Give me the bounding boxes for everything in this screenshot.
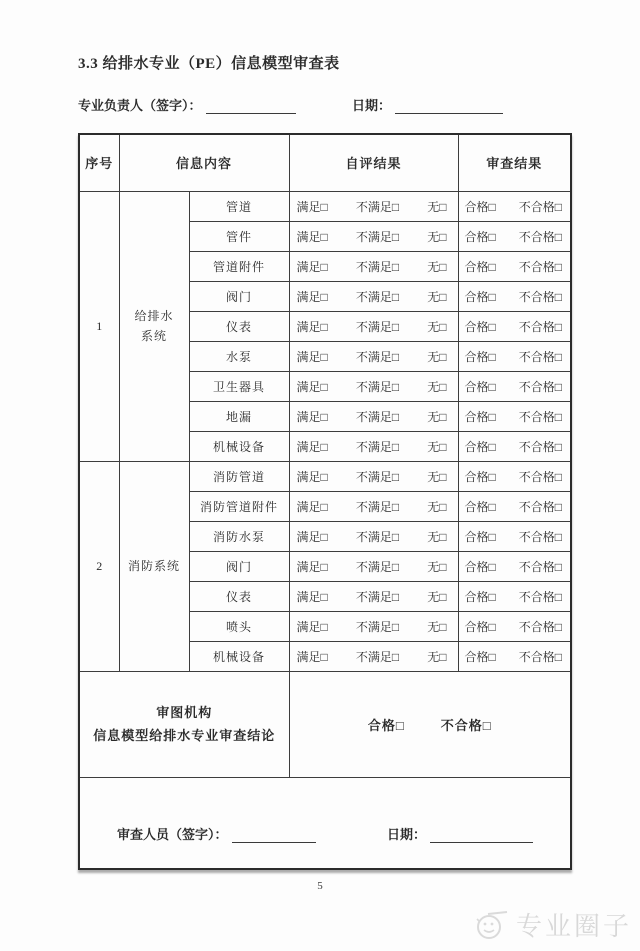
checkbox-option: 不合格□ bbox=[519, 378, 562, 395]
conclusion-label-line1: 审图机构 bbox=[80, 701, 289, 724]
checkbox-option: 无□ bbox=[427, 558, 446, 575]
checkbox-option: 无□ bbox=[427, 618, 446, 635]
conclusion-fail-checkbox: 不合格□ bbox=[441, 715, 492, 734]
self-eval-options: 满足□不满足□无□ bbox=[290, 288, 458, 305]
group-index-cell: 1 bbox=[79, 191, 119, 461]
self-eval-options: 满足□不满足□无□ bbox=[290, 318, 458, 335]
conclusion-label-line2: 信息模型给排水专业审查结论 bbox=[80, 724, 289, 747]
checkbox-option: 满足□ bbox=[297, 408, 328, 425]
review-result-cell: 合格□不合格□ bbox=[458, 221, 571, 251]
checkbox-option: 合格□ bbox=[465, 648, 496, 665]
checkbox-option: 满足□ bbox=[297, 618, 328, 635]
watermark-logo-icon bbox=[474, 907, 508, 943]
checkbox-option: 不满足□ bbox=[356, 648, 399, 665]
review-result-cell: 合格□不合格□ bbox=[458, 371, 571, 401]
checkbox-option: 合格□ bbox=[465, 378, 496, 395]
item-name-cell: 仪表 bbox=[189, 311, 289, 341]
checkbox-option: 满足□ bbox=[297, 438, 328, 455]
reviewer-signature-label: 审查人员（签字）： bbox=[117, 824, 228, 843]
checkbox-option: 不满足□ bbox=[356, 498, 399, 515]
checkbox-option: 不满足□ bbox=[356, 288, 399, 305]
item-name-cell: 管件 bbox=[189, 221, 289, 251]
review-result-cell: 合格□不合格□ bbox=[458, 251, 571, 281]
self-eval-cell: 满足□不满足□无□ bbox=[289, 311, 458, 341]
self-eval-cell: 满足□不满足□无□ bbox=[289, 551, 458, 581]
self-eval-options: 满足□不满足□无□ bbox=[290, 258, 458, 275]
self-eval-options: 满足□不满足□无□ bbox=[290, 348, 458, 365]
review-result-options: 合格□不合格□ bbox=[459, 408, 571, 425]
checkbox-option: 不合格□ bbox=[519, 198, 562, 215]
self-eval-cell: 满足□不满足□无□ bbox=[289, 491, 458, 521]
checkbox-option: 合格□ bbox=[465, 438, 496, 455]
checkbox-option: 不合格□ bbox=[519, 468, 562, 485]
checkbox-option: 不满足□ bbox=[356, 408, 399, 425]
checkbox-option: 不满足□ bbox=[356, 588, 399, 605]
professional-signature-label: 专业负责人（签字）： bbox=[78, 95, 202, 114]
self-eval-cell: 满足□不满足□无□ bbox=[289, 281, 458, 311]
checkbox-option: 无□ bbox=[427, 468, 446, 485]
review-result-cell: 合格□不合格□ bbox=[458, 611, 571, 641]
header-cell-review: 审查结果 bbox=[458, 134, 571, 191]
checkbox-option: 不合格□ bbox=[519, 258, 562, 275]
checkbox-option: 不满足□ bbox=[356, 348, 399, 365]
conclusion-pass-checkbox: 合格□ bbox=[368, 715, 405, 734]
reviewer-signature-cell: 审查人员（签字）： 日期： bbox=[79, 777, 571, 869]
self-eval-cell: 满足□不满足□无□ bbox=[289, 221, 458, 251]
checkbox-option: 不合格□ bbox=[519, 528, 562, 545]
checkbox-option: 无□ bbox=[427, 318, 446, 335]
review-result-cell: 合格□不合格□ bbox=[458, 461, 571, 491]
checkbox-option: 无□ bbox=[427, 348, 446, 365]
checkbox-option: 无□ bbox=[427, 498, 446, 515]
checkbox-option: 不满足□ bbox=[356, 528, 399, 545]
checkbox-option: 不合格□ bbox=[519, 558, 562, 575]
self-eval-cell: 满足□不满足□无□ bbox=[289, 431, 458, 461]
checkbox-option: 不满足□ bbox=[356, 438, 399, 455]
checkbox-option: 无□ bbox=[427, 528, 446, 545]
date-label-bottom: 日期： bbox=[387, 824, 426, 843]
conclusion-label: 审图机构 信息模型给排水专业审查结论 bbox=[79, 671, 289, 777]
checkbox-option: 无□ bbox=[427, 648, 446, 665]
date-label-top: 日期： bbox=[352, 95, 391, 114]
review-result-cell: 合格□不合格□ bbox=[458, 341, 571, 371]
checkbox-option: 无□ bbox=[427, 228, 446, 245]
checkbox-option: 满足□ bbox=[297, 348, 328, 365]
page-title: 3.3 给排水专业（PE）信息模型审查表 bbox=[78, 52, 340, 73]
review-result-options: 合格□不合格□ bbox=[459, 618, 571, 635]
review-result-options: 合格□不合格□ bbox=[459, 228, 571, 245]
checkbox-option: 满足□ bbox=[297, 498, 328, 515]
watermark: 专业圈子 bbox=[474, 906, 632, 943]
checkbox-option: 合格□ bbox=[465, 588, 496, 605]
item-name-cell: 机械设备 bbox=[189, 431, 289, 461]
top-signature-row: 专业负责人（签字）： 日期： bbox=[78, 95, 503, 114]
checkbox-option: 合格□ bbox=[465, 468, 496, 485]
item-name-cell: 卫生器具 bbox=[189, 371, 289, 401]
checkbox-option: 满足□ bbox=[297, 258, 328, 275]
header-cell-index: 序号 bbox=[79, 134, 119, 191]
item-name-cell: 管道 bbox=[189, 191, 289, 221]
review-result-options: 合格□不合格□ bbox=[459, 528, 571, 545]
professional-signature-line bbox=[206, 99, 296, 114]
self-eval-cell: 满足□不满足□无□ bbox=[289, 341, 458, 371]
checkbox-option: 合格□ bbox=[465, 288, 496, 305]
self-eval-options: 满足□不满足□无□ bbox=[290, 498, 458, 515]
checkbox-option: 不满足□ bbox=[356, 468, 399, 485]
checkbox-option: 合格□ bbox=[465, 228, 496, 245]
self-eval-options: 满足□不满足□无□ bbox=[290, 378, 458, 395]
checkbox-option: 不合格□ bbox=[519, 438, 562, 455]
self-eval-options: 满足□不满足□无□ bbox=[290, 648, 458, 665]
checkbox-option: 满足□ bbox=[297, 648, 328, 665]
checkbox-option: 不满足□ bbox=[356, 618, 399, 635]
checkbox-option: 不合格□ bbox=[519, 498, 562, 515]
item-name-cell: 消防管道 bbox=[189, 461, 289, 491]
review-result-options: 合格□不合格□ bbox=[459, 588, 571, 605]
review-result-options: 合格□不合格□ bbox=[459, 468, 571, 485]
checkbox-option: 不满足□ bbox=[356, 378, 399, 395]
date-line-bottom bbox=[430, 828, 533, 843]
checkbox-option: 满足□ bbox=[297, 228, 328, 245]
checkbox-option: 不满足□ bbox=[356, 258, 399, 275]
self-eval-cell: 满足□不满足□无□ bbox=[289, 611, 458, 641]
checkbox-option: 不合格□ bbox=[519, 228, 562, 245]
self-eval-options: 满足□不满足□无□ bbox=[290, 528, 458, 545]
review-result-options: 合格□不合格□ bbox=[459, 498, 571, 515]
checkbox-option: 不合格□ bbox=[519, 318, 562, 335]
review-result-cell: 合格□不合格□ bbox=[458, 401, 571, 431]
self-eval-options: 满足□不满足□无□ bbox=[290, 618, 458, 635]
review-result-options: 合格□不合格□ bbox=[459, 258, 571, 275]
review-result-cell: 合格□不合格□ bbox=[458, 641, 571, 671]
checkbox-option: 合格□ bbox=[465, 408, 496, 425]
group-index-cell: 2 bbox=[79, 461, 119, 671]
review-result-options: 合格□不合格□ bbox=[459, 318, 571, 335]
review-table: 序号 信息内容 自评结果 审查结果 1给排水 系统管道满足□不满足□无□合格□不… bbox=[78, 133, 572, 870]
self-eval-options: 满足□不满足□无□ bbox=[290, 408, 458, 425]
checkbox-option: 满足□ bbox=[297, 468, 328, 485]
self-eval-options: 满足□不满足□无□ bbox=[290, 558, 458, 575]
checkbox-option: 无□ bbox=[427, 198, 446, 215]
conclusion-options-cell: 合格□ 不合格□ bbox=[289, 671, 571, 777]
self-eval-options: 满足□不满足□无□ bbox=[290, 228, 458, 245]
review-result-cell: 合格□不合格□ bbox=[458, 311, 571, 341]
item-name-cell: 消防水泵 bbox=[189, 521, 289, 551]
checkbox-option: 合格□ bbox=[465, 498, 496, 515]
review-result-options: 合格□不合格□ bbox=[459, 378, 571, 395]
self-eval-cell: 满足□不满足□无□ bbox=[289, 581, 458, 611]
checkbox-option: 不合格□ bbox=[519, 408, 562, 425]
self-eval-options: 满足□不满足□无□ bbox=[290, 468, 458, 485]
checkbox-option: 不满足□ bbox=[356, 318, 399, 335]
checkbox-option: 合格□ bbox=[465, 618, 496, 635]
self-eval-cell: 满足□不满足□无□ bbox=[289, 641, 458, 671]
checkbox-option: 不满足□ bbox=[356, 228, 399, 245]
self-eval-options: 满足□不满足□无□ bbox=[290, 198, 458, 215]
checkbox-option: 无□ bbox=[427, 438, 446, 455]
review-result-cell: 合格□不合格□ bbox=[458, 521, 571, 551]
checkbox-option: 满足□ bbox=[297, 558, 328, 575]
reviewer-signature-line bbox=[232, 828, 316, 843]
checkbox-option: 不合格□ bbox=[519, 588, 562, 605]
item-name-cell: 水泵 bbox=[189, 341, 289, 371]
checkbox-option: 不合格□ bbox=[519, 648, 562, 665]
page-number: 5 bbox=[0, 880, 640, 892]
checkbox-option: 不合格□ bbox=[519, 288, 562, 305]
review-result-options: 合格□不合格□ bbox=[459, 288, 571, 305]
self-eval-cell: 满足□不满足□无□ bbox=[289, 521, 458, 551]
item-name-cell: 阀门 bbox=[189, 551, 289, 581]
review-result-options: 合格□不合格□ bbox=[459, 558, 571, 575]
checkbox-option: 无□ bbox=[427, 258, 446, 275]
checkbox-option: 无□ bbox=[427, 378, 446, 395]
review-result-cell: 合格□不合格□ bbox=[458, 281, 571, 311]
checkbox-option: 合格□ bbox=[465, 258, 496, 275]
review-result-cell: 合格□不合格□ bbox=[458, 551, 571, 581]
table-header-row: 序号 信息内容 自评结果 审查结果 bbox=[79, 134, 571, 191]
checkbox-option: 满足□ bbox=[297, 378, 328, 395]
item-name-cell: 管道附件 bbox=[189, 251, 289, 281]
self-eval-cell: 满足□不满足□无□ bbox=[289, 371, 458, 401]
checkbox-option: 满足□ bbox=[297, 288, 328, 305]
reviewer-signature-row: 审查人员（签字）： 日期： bbox=[79, 777, 571, 869]
group-name-cell: 给排水 系统 bbox=[119, 191, 189, 461]
checkbox-option: 合格□ bbox=[465, 528, 496, 545]
review-result-options: 合格□不合格□ bbox=[459, 438, 571, 455]
item-name-cell: 仪表 bbox=[189, 581, 289, 611]
item-name-cell: 喷头 bbox=[189, 611, 289, 641]
checkbox-option: 不合格□ bbox=[519, 348, 562, 365]
table-row: 1给排水 系统管道满足□不满足□无□合格□不合格□ bbox=[79, 191, 571, 221]
checkbox-option: 不合格□ bbox=[519, 618, 562, 635]
item-name-cell: 阀门 bbox=[189, 281, 289, 311]
group-name-cell: 消防系统 bbox=[119, 461, 189, 671]
review-result-cell: 合格□不合格□ bbox=[458, 491, 571, 521]
self-eval-cell: 满足□不满足□无□ bbox=[289, 461, 458, 491]
checkbox-option: 无□ bbox=[427, 588, 446, 605]
checkbox-option: 无□ bbox=[427, 408, 446, 425]
conclusion-row: 审图机构 信息模型给排水专业审查结论 合格□ 不合格□ bbox=[79, 671, 571, 777]
self-eval-options: 满足□不满足□无□ bbox=[290, 588, 458, 605]
checkbox-option: 满足□ bbox=[297, 318, 328, 335]
table-row: 2消防系统消防管道满足□不满足□无□合格□不合格□ bbox=[79, 461, 571, 491]
checkbox-option: 不满足□ bbox=[356, 198, 399, 215]
review-result-options: 合格□不合格□ bbox=[459, 648, 571, 665]
checkbox-option: 无□ bbox=[427, 288, 446, 305]
watermark-text: 专业圈子 bbox=[516, 906, 632, 943]
checkbox-option: 合格□ bbox=[465, 198, 496, 215]
checkbox-option: 合格□ bbox=[465, 348, 496, 365]
header-cell-self-eval: 自评结果 bbox=[289, 134, 458, 191]
header-cell-content: 信息内容 bbox=[119, 134, 289, 191]
checkbox-option: 合格□ bbox=[465, 558, 496, 575]
review-result-options: 合格□不合格□ bbox=[459, 348, 571, 365]
self-eval-cell: 满足□不满足□无□ bbox=[289, 191, 458, 221]
review-result-options: 合格□不合格□ bbox=[459, 198, 571, 215]
checkbox-option: 合格□ bbox=[465, 318, 496, 335]
item-name-cell: 地漏 bbox=[189, 401, 289, 431]
checkbox-option: 满足□ bbox=[297, 588, 328, 605]
checkbox-option: 不满足□ bbox=[356, 558, 399, 575]
review-result-cell: 合格□不合格□ bbox=[458, 191, 571, 221]
self-eval-cell: 满足□不满足□无□ bbox=[289, 401, 458, 431]
self-eval-cell: 满足□不满足□无□ bbox=[289, 251, 458, 281]
item-name-cell: 机械设备 bbox=[189, 641, 289, 671]
review-result-cell: 合格□不合格□ bbox=[458, 581, 571, 611]
self-eval-options: 满足□不满足□无□ bbox=[290, 438, 458, 455]
review-result-cell: 合格□不合格□ bbox=[458, 431, 571, 461]
item-name-cell: 消防管道附件 bbox=[189, 491, 289, 521]
checkbox-option: 满足□ bbox=[297, 198, 328, 215]
date-line-top bbox=[395, 99, 503, 114]
checkbox-option: 满足□ bbox=[297, 528, 328, 545]
